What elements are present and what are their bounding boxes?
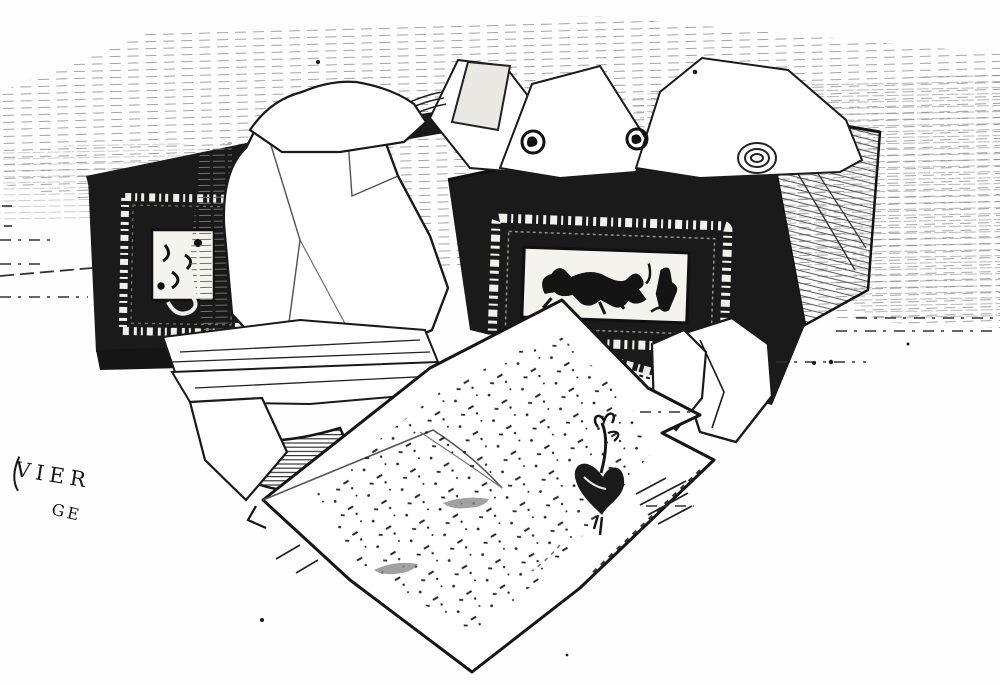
ink-dot: [812, 361, 816, 365]
letter-corner-tab: [248, 506, 266, 528]
signature-line2: GE: [50, 500, 84, 525]
ground-line: [0, 268, 92, 276]
shadow-stroke: [296, 560, 318, 573]
ink-dot: [115, 310, 118, 313]
artist-signature: VIER GE: [7, 456, 93, 526]
signature-line1: VIER: [12, 457, 92, 493]
shadow-stroke: [276, 545, 300, 559]
ink-dot: [316, 60, 320, 64]
ink-dot: [829, 360, 833, 364]
engraving-illustration: VIER GE: [0, 0, 1000, 685]
engraving-canvas: VIER GE: [0, 0, 1000, 685]
ink-dot: [693, 70, 698, 75]
ornament-dot: [159, 284, 163, 288]
ink-dot: [260, 618, 264, 622]
ink-dot: [566, 654, 569, 657]
ink-dot: [907, 343, 910, 346]
